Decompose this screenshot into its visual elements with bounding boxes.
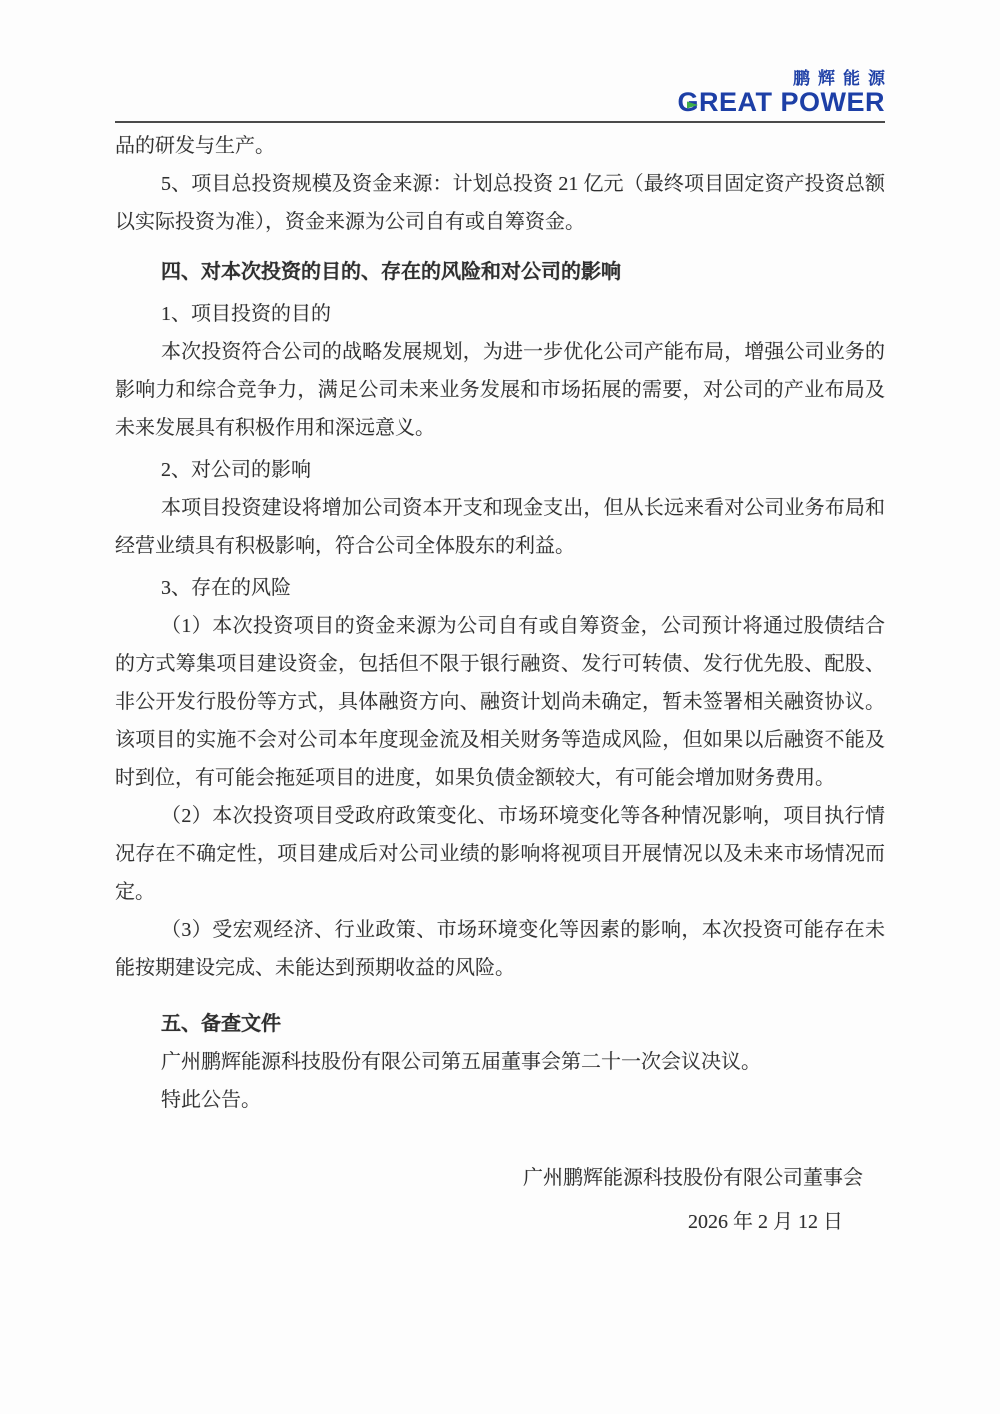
signature-company: 广州鹏辉能源科技股份有限公司董事会 bbox=[115, 1159, 885, 1197]
section4-sub3-risk2: （2）本次投资项目受政府政策变化、市场环境变化等各种情况影响，项目执行情况存在不… bbox=[115, 797, 885, 911]
company-logo: 鹏辉能源 G REAT POWER bbox=[115, 70, 885, 116]
section4-sub3-risk1: （1）本次投资项目的资金来源为公司自有或自筹资金，公司预计将通过股债结合的方式筹… bbox=[115, 607, 885, 797]
section5-heading: 五、备查文件 bbox=[115, 1005, 885, 1043]
header-divider bbox=[115, 121, 885, 123]
logo-cjk-wordmark: 鹏辉能源 bbox=[115, 70, 893, 87]
logo-letter-g: G bbox=[677, 89, 699, 116]
signature-date: 2026 年 2 月 12 日 bbox=[115, 1203, 885, 1241]
document-body: 品的研发与生产。 5、项目总投资规模及资金来源：计划总投资 21 亿元（最终项目… bbox=[115, 127, 885, 1241]
paragraph-item5: 5、项目总投资规模及资金来源：计划总投资 21 亿元（最终项目固定资产投资总额以… bbox=[115, 165, 885, 241]
section4-sub2-title: 2、对公司的影响 bbox=[115, 451, 885, 489]
logo-latin-rest-text: REAT POWER bbox=[699, 87, 885, 117]
section4-sub1-title: 1、项目投资的目的 bbox=[115, 295, 885, 333]
page-content: 鹏辉能源 G REAT POWER 品的研发与生产。 5、项目总投资规模及资金来… bbox=[0, 70, 1000, 1241]
section4-sub2-body: 本项目投资建设将增加公司资本开支和现金支出，但从长远来看对公司业务布局和经营业绩… bbox=[115, 489, 885, 565]
section5-body: 广州鹏辉能源科技股份有限公司第五届董事会第二十一次会议决议。 bbox=[115, 1043, 885, 1081]
closing-statement: 特此公告。 bbox=[115, 1081, 885, 1119]
announcement-page: 鹏辉能源 G REAT POWER 品的研发与生产。 5、项目总投资规模及资金来… bbox=[0, 0, 1000, 1414]
section4-sub3-risk3: （3）受宏观经济、行业政策、市场环境变化等因素的影响，本次投资可能存在未能按期建… bbox=[115, 911, 885, 987]
section4-sub1-body: 本次投资符合公司的战略发展规划，为进一步优化公司产能布局，增强公司业务的影响力和… bbox=[115, 333, 885, 447]
logo-latin-wordmark: G REAT POWER bbox=[677, 89, 885, 116]
section4-heading: 四、对本次投资的目的、存在的风险和对公司的影响 bbox=[115, 253, 885, 291]
paragraph-continuation: 品的研发与生产。 bbox=[115, 127, 885, 165]
section4-sub3-title: 3、存在的风险 bbox=[115, 569, 885, 607]
